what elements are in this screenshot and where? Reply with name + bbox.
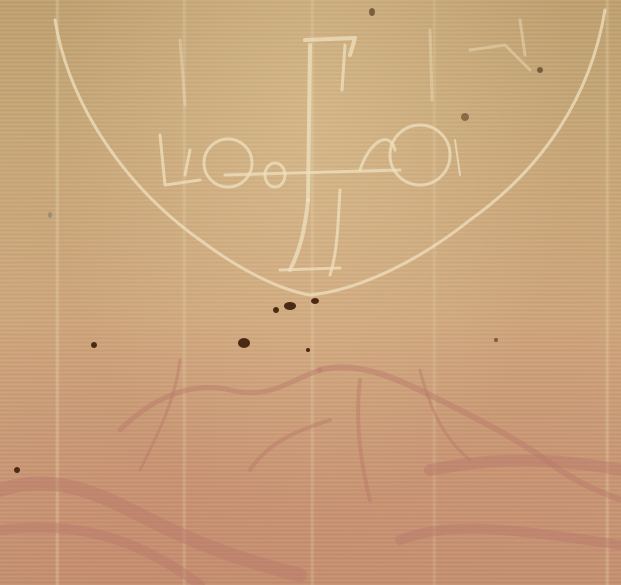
watermark-icon: [55, 10, 605, 295]
watermark-and-stains: [0, 0, 621, 585]
paper-photo: [0, 0, 621, 585]
ink-specks: [14, 8, 543, 473]
stain-veins: [0, 360, 621, 585]
